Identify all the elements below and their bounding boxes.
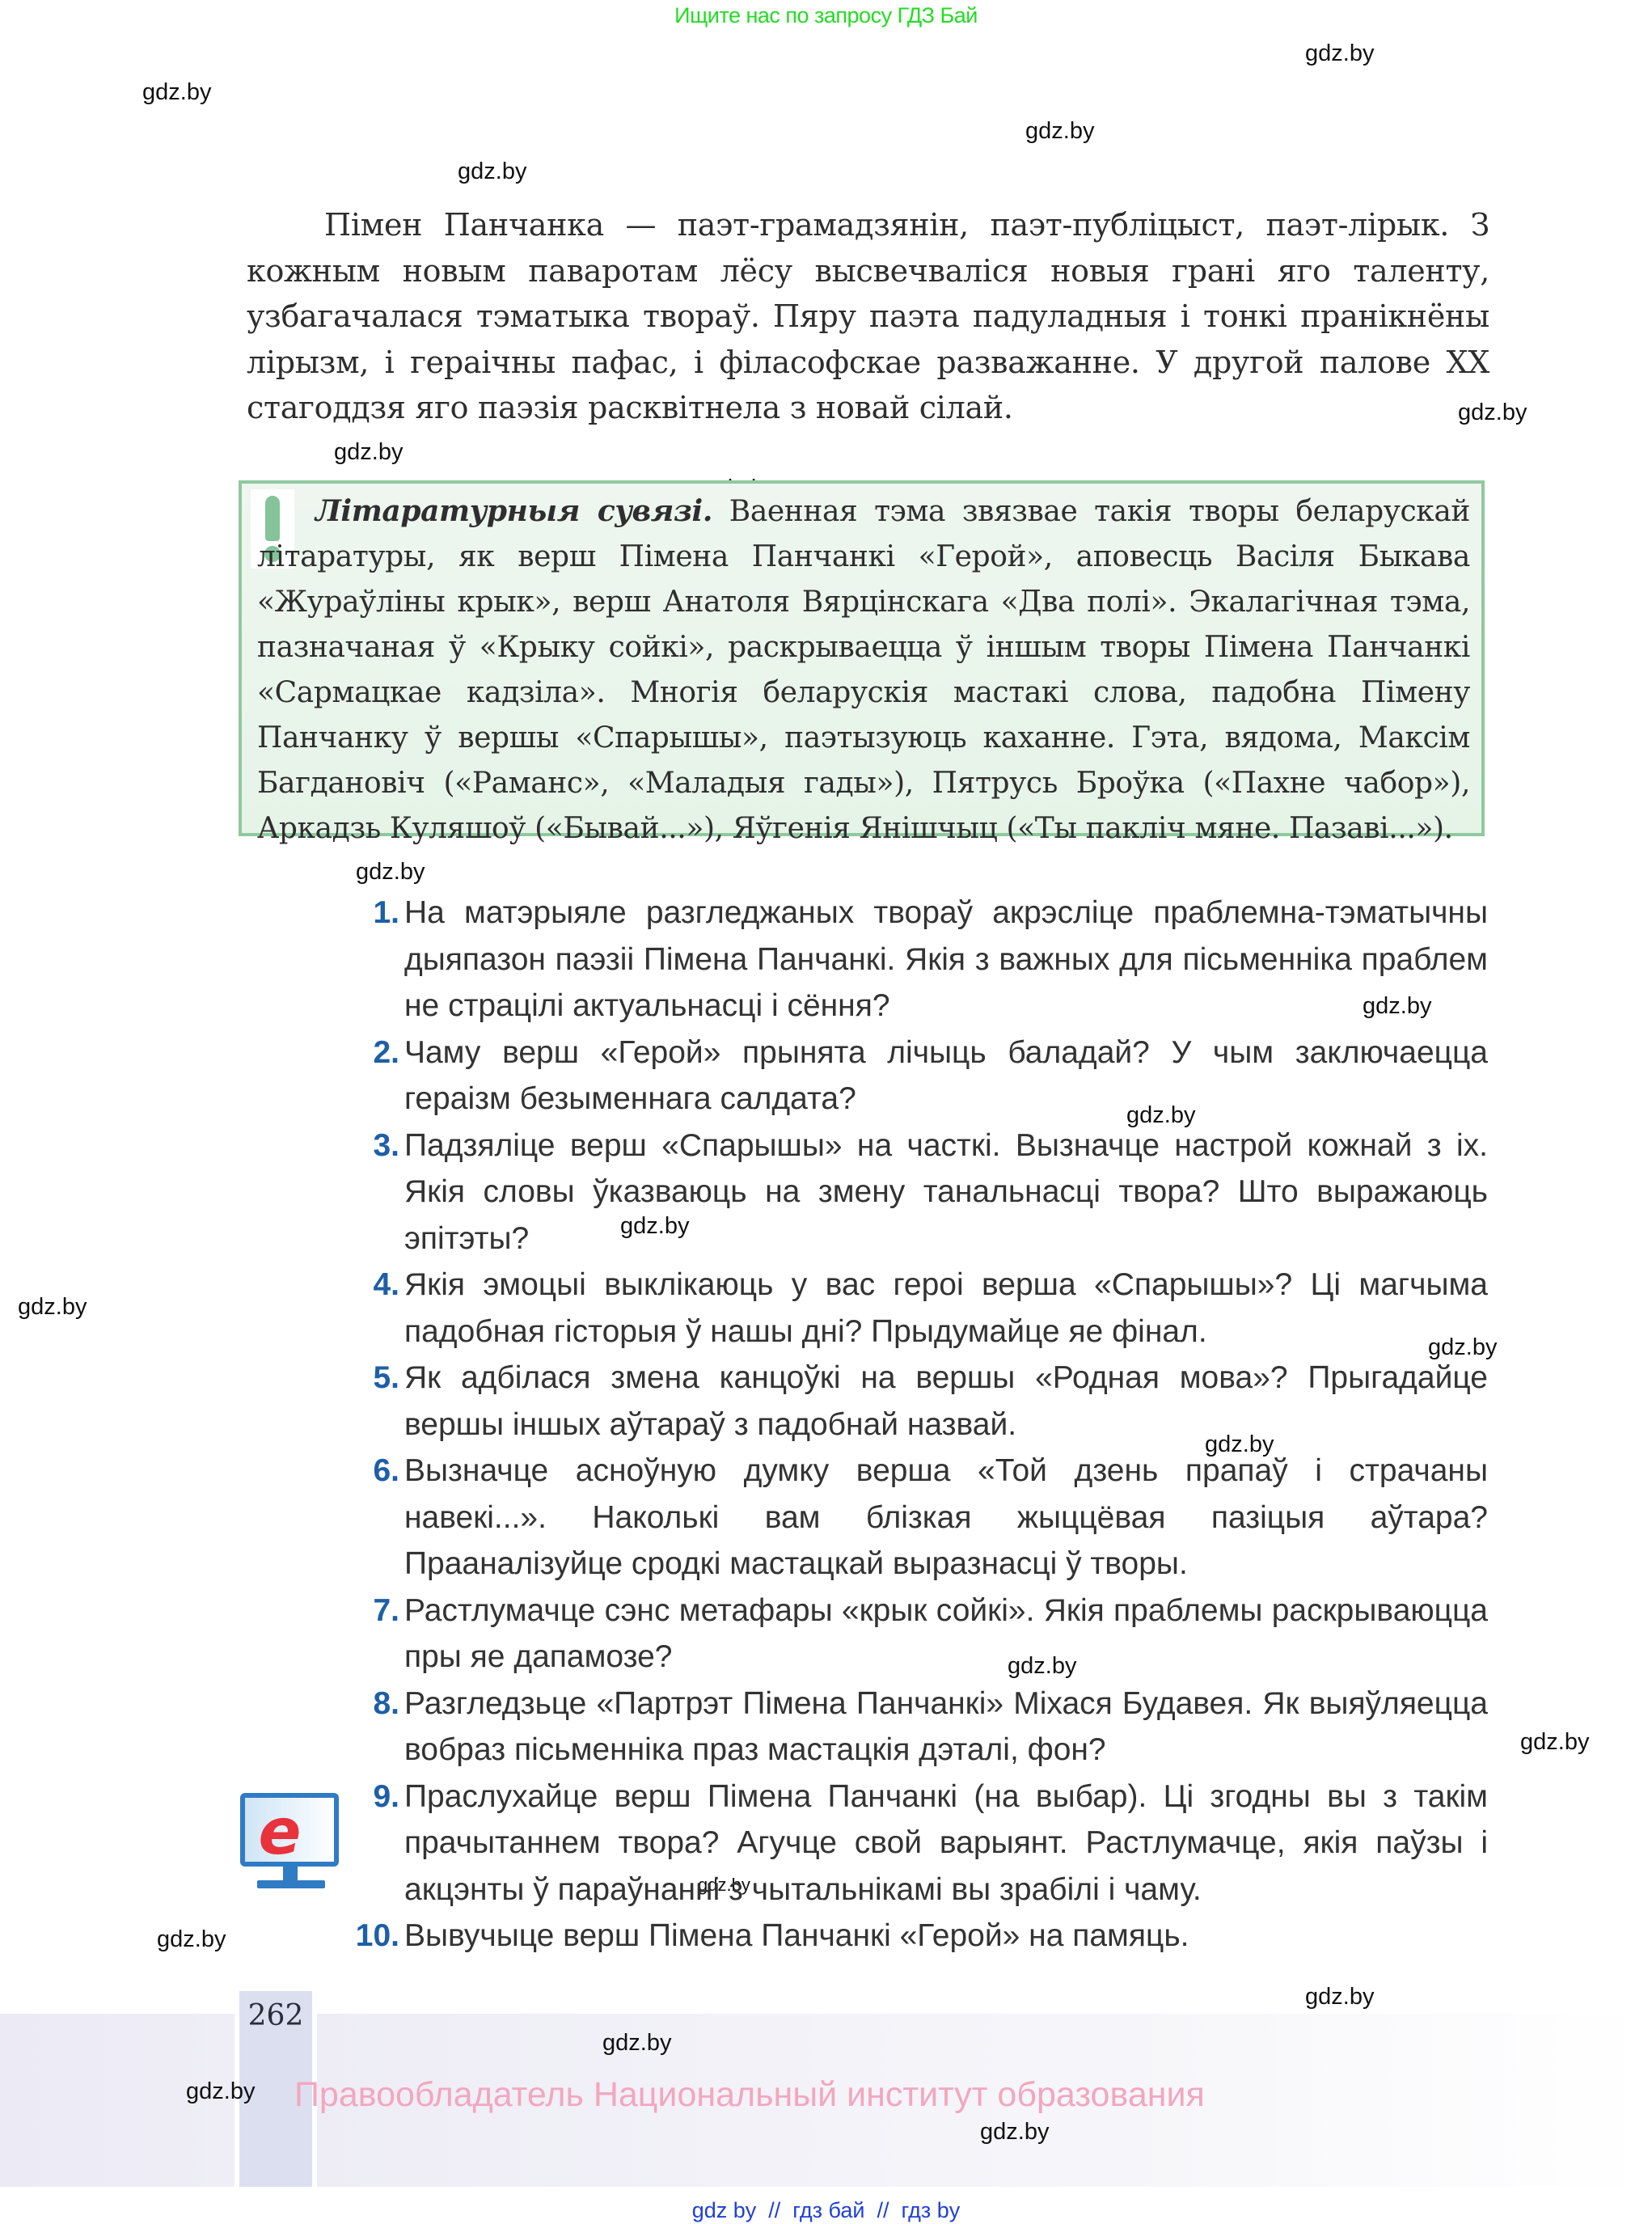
question-text: На матэрыяле разгледжаных твораў акрэслі… — [404, 890, 1488, 1030]
question-item: 7.Растлумачце сэнс метафары «крык сойкі»… — [323, 1588, 1488, 1681]
question-text: Вывучыце верш Пімена Панчанкі «Герой» на… — [404, 1913, 1488, 1960]
watermark: gdz.by — [1520, 1729, 1589, 1756]
intro-paragraph: Пімен Панчанка — паэт-грамадзянін, паэт-… — [247, 202, 1489, 431]
question-number: 9. — [354, 1774, 399, 1820]
questions-list: 1.На матэрыяле разгледжаных твораў акрэс… — [323, 890, 1488, 1960]
question-text: Праслухайце верш Пімена Панчанкі (на выб… — [404, 1774, 1488, 1913]
question-number: 3. — [354, 1123, 399, 1169]
question-number: 10. — [354, 1913, 399, 1960]
question-number: 8. — [354, 1681, 399, 1727]
watermark: gdz.by — [157, 1926, 226, 1953]
search-banner: Ищите нас по запросу ГДЗ Бай — [0, 3, 1652, 28]
question-item: 3.Падзяліце верш «Спарышы» на часткі. Вы… — [323, 1123, 1488, 1262]
question-number: 6. — [354, 1448, 399, 1495]
question-text: Падзяліце верш «Спарышы» на часткі. Вызн… — [404, 1123, 1488, 1262]
question-item: 8.Разгледзьце «Партрэт Пімена Панчанкі» … — [323, 1681, 1488, 1774]
watermark: gdz.by — [980, 2119, 1049, 2146]
question-item: 4.Якія эмоцыі выклікаюць у вас героі вер… — [323, 1262, 1488, 1355]
watermark: gdz.by — [1305, 40, 1374, 67]
question-item: 10.Вывучыце верш Пімена Панчанкі «Герой»… — [323, 1913, 1488, 1960]
watermark: gdz.by — [1305, 1984, 1374, 2010]
e-monitor-icon[interactable]: e — [238, 1789, 343, 1894]
watermark: gdz.by — [458, 159, 526, 185]
page-number: 262 — [239, 1999, 312, 2032]
footer-links[interactable]: gdz by // гдз бай // гдз by — [0, 2198, 1652, 2223]
svg-text:e: e — [259, 1796, 302, 1869]
question-item: 5.Як адбілася змена канцоўкі на вершы «Р… — [323, 1355, 1488, 1448]
note-body: Ваенная тэма звязвае такія творы беларус… — [257, 495, 1470, 845]
question-item: 1.На матэрыяле разгледжаных твораў акрэс… — [323, 890, 1488, 1030]
question-item: 2.Чаму верш «Герой» прынята лічыць балад… — [323, 1030, 1488, 1123]
question-number: 5. — [354, 1355, 399, 1402]
watermark: gdz.by — [602, 2030, 671, 2057]
question-text: Чаму верш «Герой» прынята лічыць баладай… — [404, 1030, 1488, 1123]
question-text: Разгледзьце «Партрэт Пімена Панчанкі» Мі… — [404, 1681, 1488, 1774]
watermark: gdz.by — [334, 439, 403, 466]
question-text: Як адбілася змена канцоўкі на вершы «Род… — [404, 1355, 1488, 1448]
question-item: 6.Вызначце асноўную думку верша «Той дзе… — [323, 1448, 1488, 1588]
question-number: 7. — [354, 1588, 399, 1634]
watermark: gdz.by — [186, 2078, 255, 2105]
watermark: gdz.by — [142, 79, 211, 106]
question-text: Якія эмоцыі выклікаюць у вас героі верша… — [404, 1262, 1488, 1355]
question-text: Растлумачце сэнс метафары «крык сойкі». … — [404, 1588, 1488, 1681]
watermark: gdz.by — [1025, 118, 1094, 145]
literary-connections-text: Літаратурныя сувязі. Ваенная тэма звязва… — [257, 488, 1470, 852]
copyright-notice: Правообладатель Национальный институт об… — [294, 2075, 1205, 2115]
question-number: 2. — [354, 1030, 399, 1076]
question-text: Вызначце асноўную думку верша «Той дзень… — [404, 1448, 1488, 1588]
watermark: gdz.by — [18, 1294, 87, 1321]
question-number: 1. — [354, 890, 399, 937]
question-number: 4. — [354, 1262, 399, 1309]
question-item: 9.Праслухайце верш Пімена Панчанкі (на в… — [323, 1774, 1488, 1913]
watermark: gdz.by — [356, 859, 425, 886]
note-title: Літаратурныя сувязі. — [315, 494, 712, 528]
